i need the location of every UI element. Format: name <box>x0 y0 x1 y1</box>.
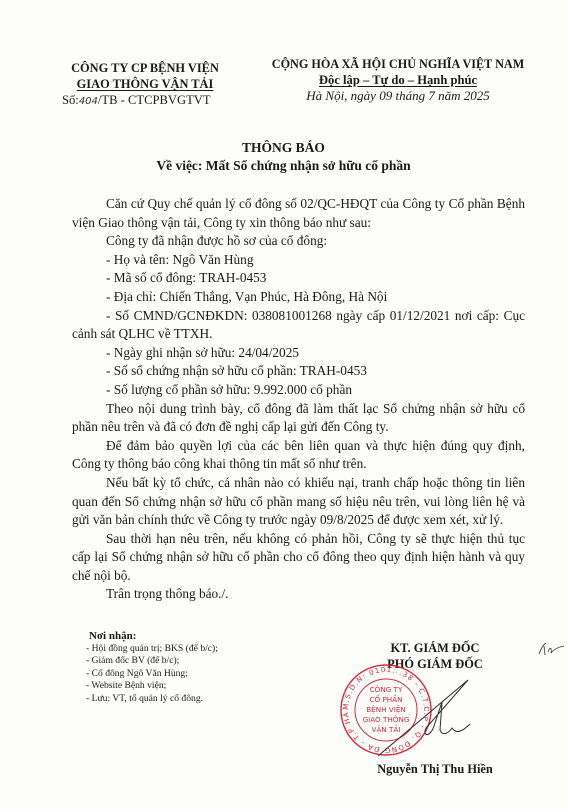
issuer-name-underlined: GIAO THÔNG VẬN TẢI <box>77 77 214 91</box>
lost-paragraph: Theo nội dung trình bày, cổ đông đã làm … <box>72 400 525 437</box>
number-suffix: /TB - CTCPBVGTVT <box>98 93 211 107</box>
title-main: THÔNG BÁO <box>0 139 567 157</box>
recipient-item: - Hội đồng quản trị; BKS (để b/c); <box>86 643 286 656</box>
closing-line: Trân trọng thông báo./. <box>72 585 525 604</box>
field-share-quantity: - Số lượng cổ phần sở hữu: 9.992.000 cổ … <box>72 381 525 400</box>
number-prefix: Số: <box>62 93 79 107</box>
handwritten-signature-icon <box>370 668 500 758</box>
document-title: THÔNG BÁO Về việc: Mất Sổ chứng nhận sở … <box>0 139 567 175</box>
complaint-paragraph: Nếu bất kỳ tổ chức, cá nhân nào có khiếu… <box>72 474 525 530</box>
recipients-heading: Nơi nhận: <box>89 630 286 643</box>
field-ownership-date: - Ngày ghi nhận sở hữu: 24/04/2025 <box>72 344 525 363</box>
field-id-number: - Số CMND/GCNĐKDN: 038081001268 ngày cấp… <box>72 307 525 344</box>
field-shareholder-code: - Mã số cổ đông: TRAH-0453 <box>72 269 525 288</box>
intro-paragraph: Căn cứ Quy chế quản lý cổ đông số 02/QC-… <box>72 195 525 232</box>
national-header: CỘNG HÒA XÃ HỘI CHỦ NGHĨA VIỆT NAM Độc l… <box>248 56 548 104</box>
title-subject: Về việc: Mất Sổ chứng nhận sở hữu cổ phầ… <box>0 157 567 175</box>
field-name: - Họ và tên: Ngô Văn Hùng <box>72 251 525 270</box>
document-number: Số:404/TB - CTCPBVGTVT <box>40 92 250 110</box>
issuer-name-line1: CÔNG TY CP BỆNH VIỆN <box>40 60 250 76</box>
recipient-item: - Giám đốc BV (để b/c); <box>86 655 286 668</box>
field-address: - Địa chỉ: Chiến Thắng, Vạn Phúc, Hà Đôn… <box>72 288 525 307</box>
field-certificate-number: - Số sổ chứng nhận sở hữu cổ phần: TRAH-… <box>72 362 525 381</box>
document-body: Căn cứ Quy chế quản lý cổ đông số 02/QC-… <box>72 195 525 604</box>
recipient-item: - Cổ đông Ngô Văn Hùng; <box>86 668 286 681</box>
handwritten-number: 404 <box>79 96 98 107</box>
rights-paragraph: Để đảm bảo quyền lợi của các bên liên qu… <box>72 437 525 474</box>
national-motto: Độc lập – Tự do – Hạnh phúc <box>248 72 548 88</box>
recipients-block: Nơi nhận: - Hội đồng quản trị; BKS (để b… <box>86 630 286 706</box>
issuer-name-line2: GIAO THÔNG VẬN TẢI <box>40 76 250 92</box>
motto-text: Độc lập – Tự do – Hạnh phúc <box>319 73 477 87</box>
initials-mark-icon <box>536 640 566 660</box>
signer-name: Nguyễn Thị Thu Hiền <box>330 762 540 777</box>
issuer-block: CÔNG TY CP BỆNH VIỆN GIAO THÔNG VẬN TẢI … <box>40 60 250 110</box>
recipient-item: - Website Bệnh viện; <box>86 680 286 693</box>
reissue-paragraph: Sau thời hạn nêu trên, nếu không có phản… <box>72 530 525 586</box>
nation-name: CỘNG HÒA XÃ HỘI CHỦ NGHĨA VIỆT NAM <box>248 56 548 72</box>
on-behalf-label: KT. GIÁM ĐỐC <box>330 640 540 656</box>
place-date: Hà Nội, ngày 09 tháng 7 năm 2025 <box>248 88 548 104</box>
received-line: Công ty đã nhận được hồ sơ của cổ đông: <box>72 232 525 251</box>
recipient-item: - Lưu: VT, tổ quản lý cổ đông. <box>86 693 286 706</box>
